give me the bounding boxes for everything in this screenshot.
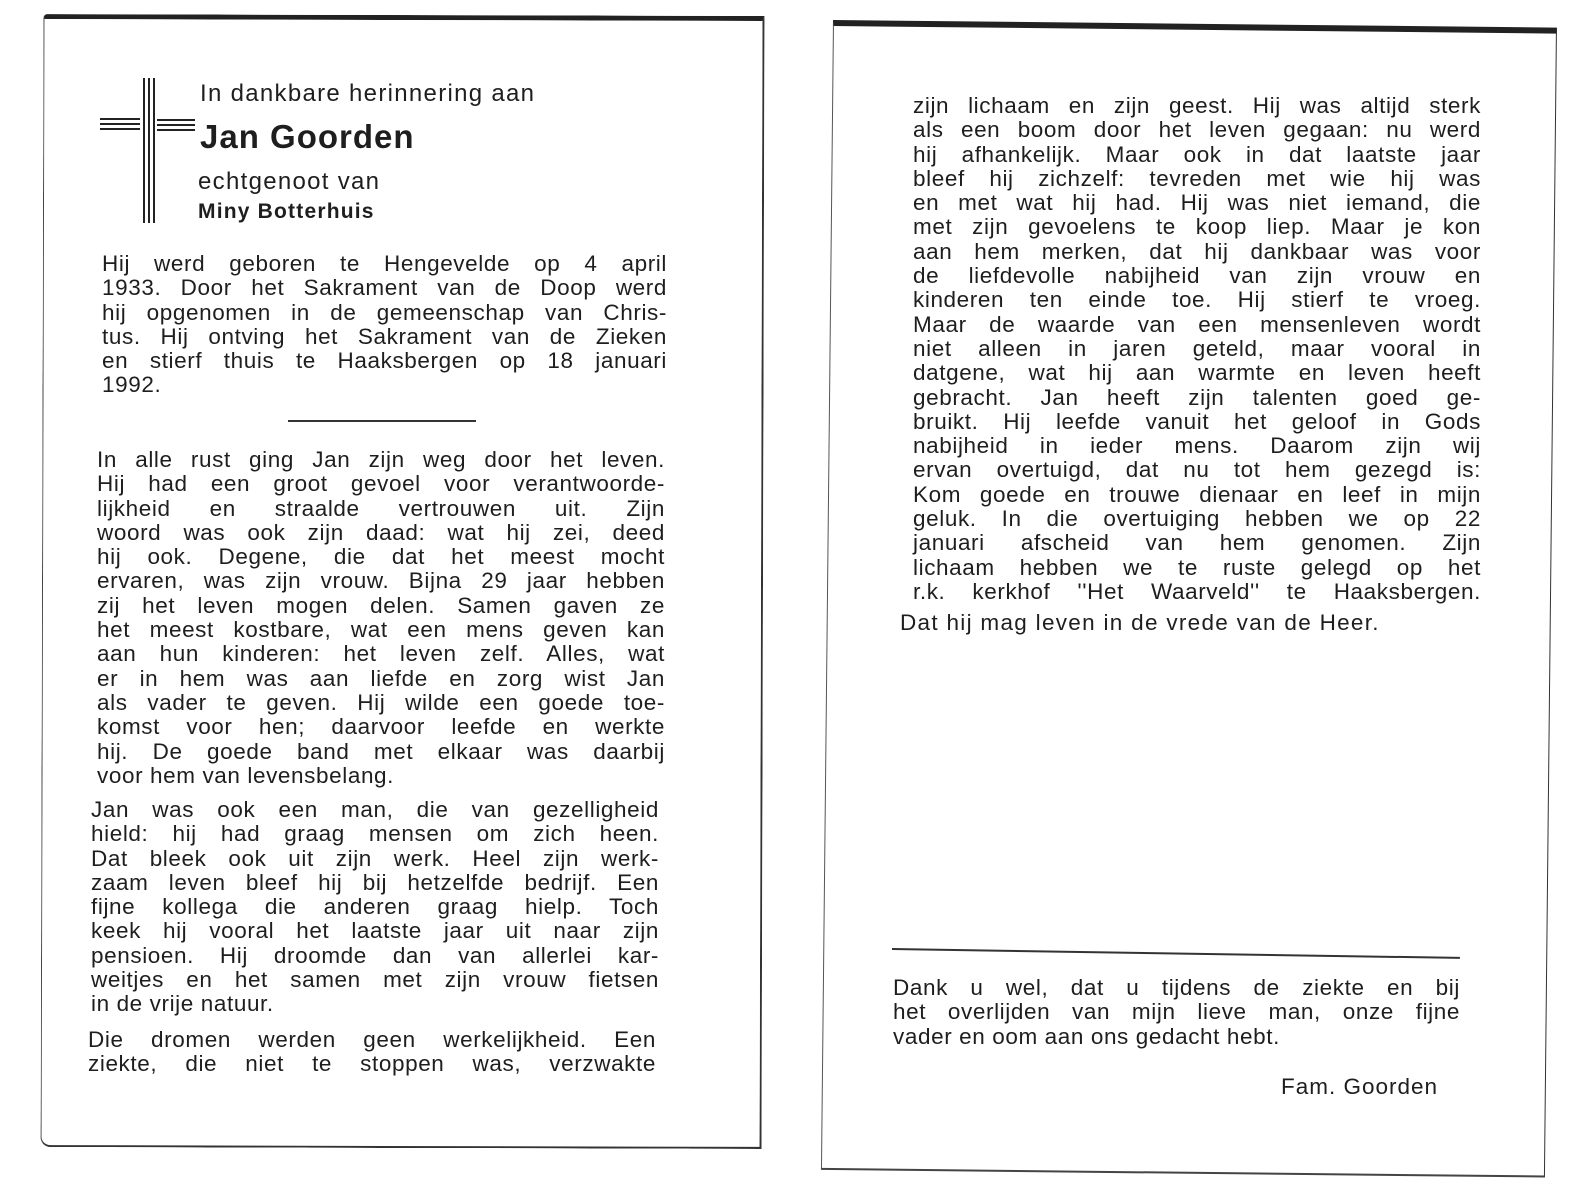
text-line: r.k. kerkhof ''Het Waarveld'' te Haaksbe… <box>913 580 1481 604</box>
text-line: fijne kollega die anderen graag hielp. T… <box>91 895 659 919</box>
text-line: in de vrije natuur. <box>91 992 659 1016</box>
text-line: woord was ook zijn daad: wat hij zei, de… <box>97 521 665 545</box>
section-divider <box>288 420 476 422</box>
text-line: gebracht. Jan heeft zijn talenten goed g… <box>913 386 1481 410</box>
text-line: lijkheid en straalde vertrouwen uit. Zij… <box>97 497 665 521</box>
memorial-header: In dankbare herinnering aan <box>200 80 535 108</box>
text-line: aan hem merken, dat hij dankbaar was voo… <box>913 240 1481 264</box>
text-line: het overlijden van mijn lieve man, onze … <box>893 1000 1460 1024</box>
text-line: hij opgenomen in de gemeenschap van Chri… <box>102 301 667 325</box>
life-paragraph: In alle rust ging Jan zijn weg door het … <box>97 448 665 788</box>
text-line: niet alleen in jaren geteld, maar vooral… <box>913 337 1481 361</box>
text-line: zaam leven bleef hij bij hetzelfde bedri… <box>91 871 659 895</box>
birth-death-paragraph: Hij werd geboren te Hengevelde op 4 apri… <box>102 252 667 398</box>
text-line: ervaren, was zijn vrouw. Bijna 29 jaar h… <box>97 569 665 593</box>
text-line: Dat bleek ook uit zijn werk. Heel zijn w… <box>91 847 659 871</box>
illness-paragraph: Die dromen werden geen werkelijkheid. Ee… <box>88 1028 656 1077</box>
text-line: voor hem van levensbelang. <box>97 764 665 788</box>
text-line: zij het leven mogen delen. Samen gaven z… <box>97 594 665 618</box>
text-line: In alle rust ging Jan zijn weg door het … <box>97 448 665 472</box>
text-line: Hij had een groot gevoel voor verantwoor… <box>97 472 665 496</box>
text-line: als vader te geven. Hij wilde een goede … <box>97 691 665 715</box>
text-line: datgene, wat hij aan warmte en leven hee… <box>913 361 1481 385</box>
text-line: zijn lichaam en zijn geest. Hij was alti… <box>913 94 1481 118</box>
text-line: tus. Hij ontving het Sakrament van de Zi… <box>102 325 667 349</box>
family-signature: Fam. Goorden <box>1281 1074 1438 1100</box>
text-line: Hij werd geboren te Hengevelde op 4 apri… <box>102 252 667 276</box>
deceased-name: Jan Goorden <box>200 118 415 156</box>
continuation-paragraph: zijn lichaam en zijn geest. Hij was alti… <box>913 94 1481 604</box>
cross-icon <box>100 78 195 223</box>
text-line: januari afscheid van hem genomen. Zijn <box>913 531 1481 555</box>
text-line: keek hij vooral het laatste jaar uit naa… <box>91 919 659 943</box>
spouse-name: Miny Botterhuis <box>198 200 375 224</box>
text-line: geluk. In die overtuiging hebben we op 2… <box>913 507 1481 531</box>
text-line: vader en oom aan ons gedacht hebt. <box>893 1025 1460 1049</box>
text-line: aan hun kinderen: het leven zelf. Alles,… <box>97 642 665 666</box>
text-line: weitjes en het samen met zijn vrouw fiet… <box>91 968 659 992</box>
text-line: ervan overtuigd, dat nu tot hem gezegd i… <box>913 458 1481 482</box>
text-line: pensioen. Hij droomde dan van allerlei k… <box>91 944 659 968</box>
text-line: 1992. <box>102 373 667 397</box>
blessing-text: Dat hij mag leven in de vrede van de Hee… <box>900 610 1380 636</box>
relation-label: echtgenoot van <box>198 168 380 196</box>
text-line: Maar de waarde van een mensenleven wordt <box>913 313 1481 337</box>
text-line: lichaam hebben we te ruste gelegd op het <box>913 556 1481 580</box>
text-line: er in hem was aan liefde en zorg wist Ja… <box>97 667 665 691</box>
text-line: Die dromen werden geen werkelijkheid. Ee… <box>88 1028 656 1052</box>
text-line: hij. De goede band met elkaar was daarbi… <box>97 740 665 764</box>
text-line: 1933. Door het Sakrament van de Doop wer… <box>102 276 667 300</box>
text-line: het meest kostbare, wat een mens geven k… <box>97 618 665 642</box>
text-line: komst voor hen; daarvoor leefde en werkt… <box>97 715 665 739</box>
text-line: hij ook. Degene, die dat het meest mocht <box>97 545 665 569</box>
text-line: kinderen ten einde toe. Hij stierf te vr… <box>913 288 1481 312</box>
text-line: met zijn gevoelens te koop liep. Maar je… <box>913 215 1481 239</box>
text-line: Dank u wel, dat u tijdens de ziekte en b… <box>893 976 1460 1000</box>
text-line: ziekte, die niet te stoppen was, verzwak… <box>88 1052 656 1076</box>
text-line: en met wat hij had. Hij was niet iemand,… <box>913 191 1481 215</box>
text-line: hield: hij had graag mensen om zich heen… <box>91 822 659 846</box>
text-line: als een boom door het leven gegaan: nu w… <box>913 118 1481 142</box>
text-line: nabijheid in ieder mens. Daarom zijn wij <box>913 434 1481 458</box>
text-line: de liefdevolle nabijheid van zijn vrouw … <box>913 264 1481 288</box>
text-line: en stierf thuis te Haaksbergen op 18 jan… <box>102 349 667 373</box>
text-line: hij afhankelijk. Maar ook in dat laatste… <box>913 143 1481 167</box>
thanks-paragraph: Dank u wel, dat u tijdens de ziekte en b… <box>893 976 1460 1049</box>
text-line: bleef hij zichzelf: tevreden met wie hij… <box>913 167 1481 191</box>
text-line: Jan was ook een man, die van gezellighei… <box>91 798 659 822</box>
text-line: Kom goede en trouwe dienaar en leef in m… <box>913 483 1481 507</box>
work-paragraph: Jan was ook een man, die van gezellighei… <box>91 798 659 1017</box>
text-line: bruikt. Hij leefde vanuit het geloof in … <box>913 410 1481 434</box>
